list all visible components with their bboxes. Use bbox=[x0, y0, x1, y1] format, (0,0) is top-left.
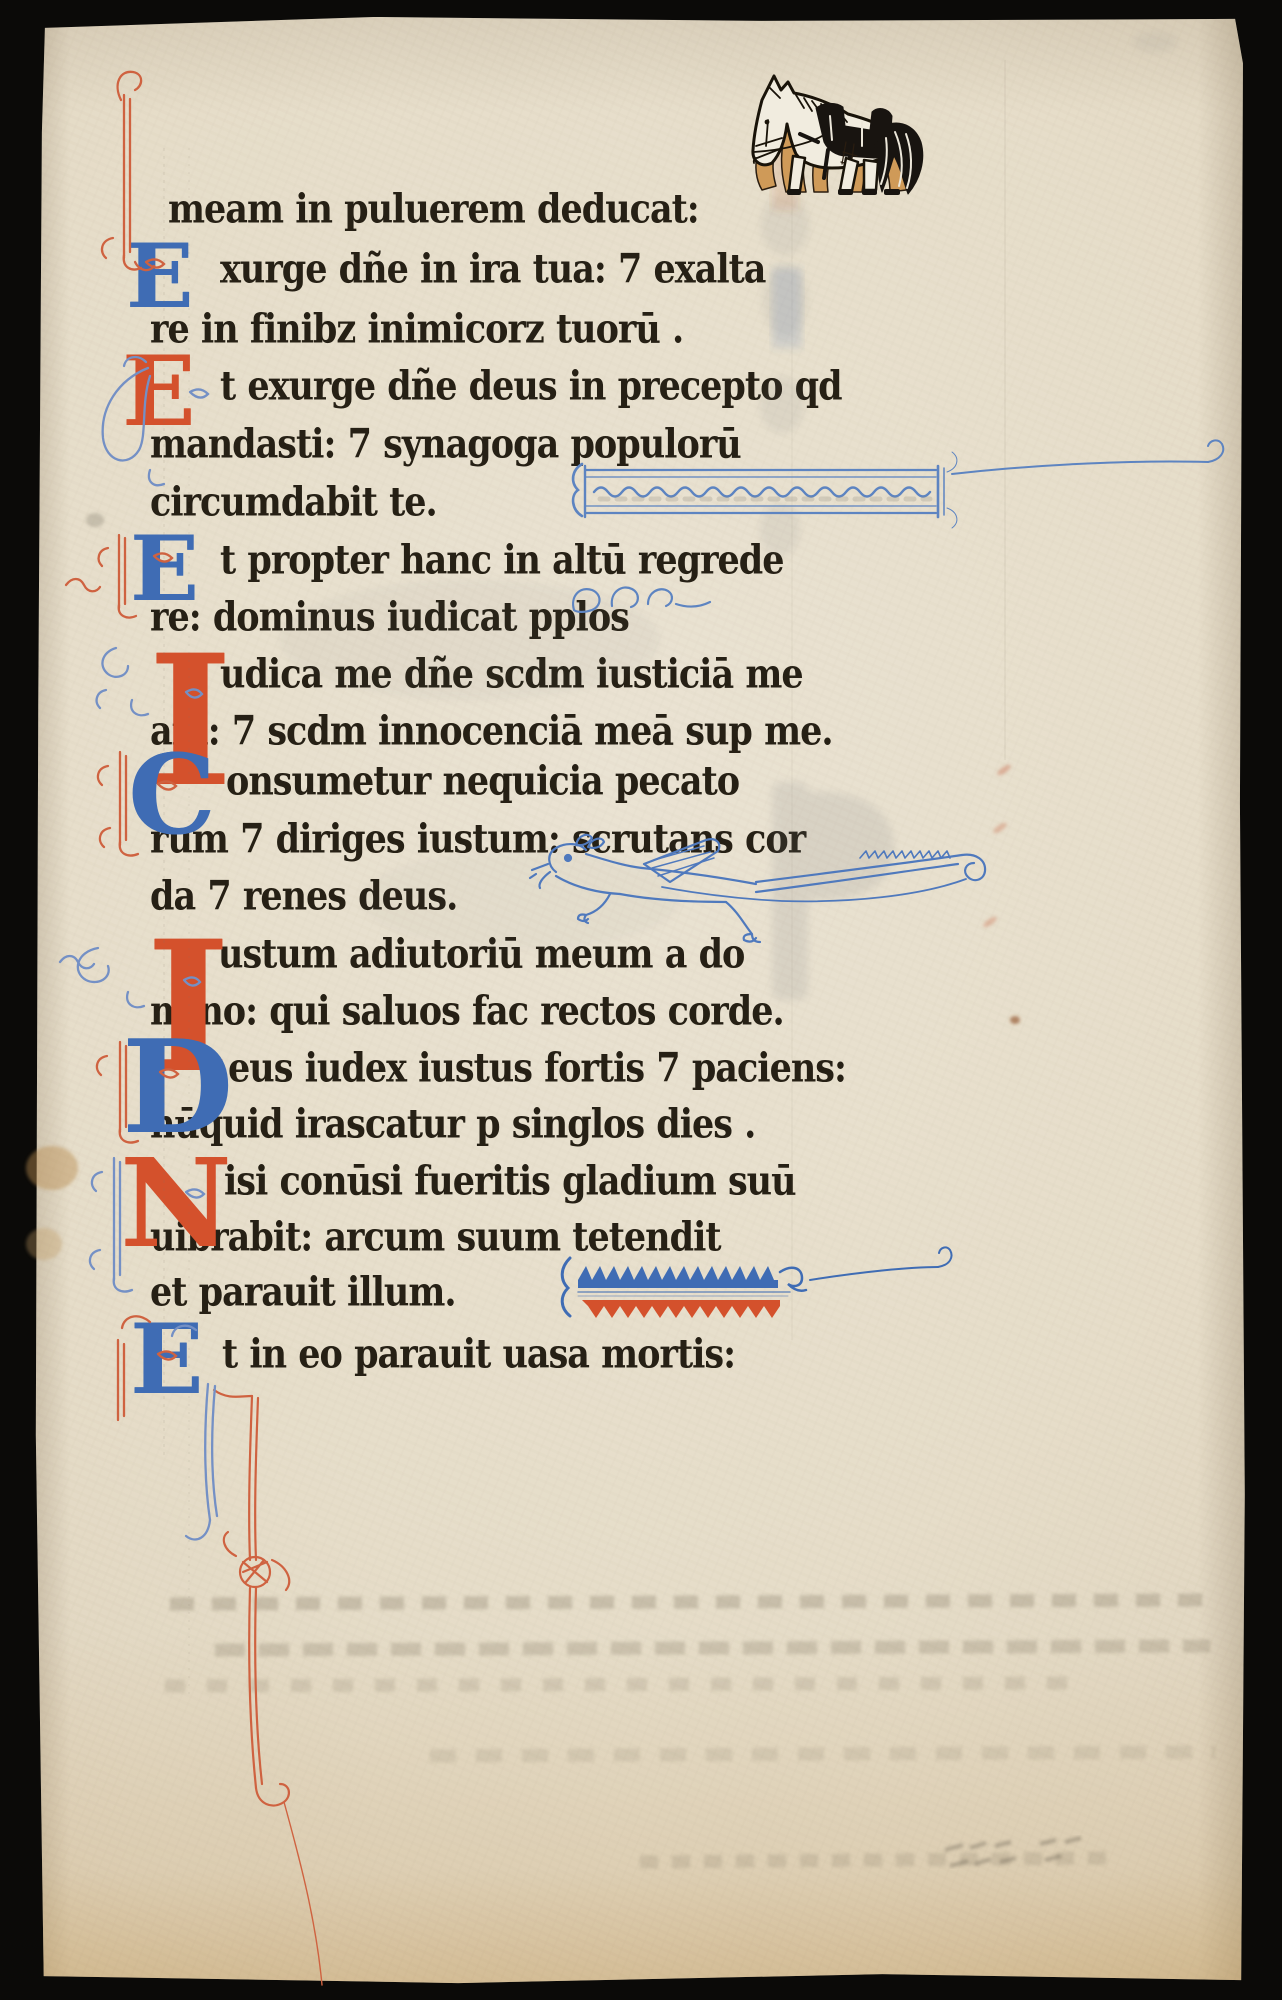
illuminated-initial-N: N bbox=[120, 1142, 232, 1264]
text-line: xurge dñe in ira tua: 7 exalta bbox=[220, 245, 765, 295]
manuscript-photo: meam in puluerem deducat: xurge dñe in i… bbox=[0, 0, 1282, 2000]
text-line: onsumetur nequicia pecato bbox=[226, 757, 739, 807]
text-line: eus iudex iustus fortis 7 paciens: bbox=[228, 1044, 846, 1094]
illuminated-initial-E: E bbox=[130, 524, 199, 614]
illuminated-initial-E: E bbox=[122, 344, 195, 440]
text-line: am: 7 scdm innocenciā meā sup me. bbox=[150, 707, 833, 757]
text-line: mandasti: 7 synagoga populorū bbox=[150, 420, 741, 470]
text-line: udica me dñe scdm iusticiā me bbox=[220, 650, 803, 700]
text-line: isi conūsi fueritis gladium suū bbox=[224, 1157, 796, 1207]
text-line: t propter hanc in altū regrede bbox=[220, 536, 784, 586]
text-line: meam in puluerem deducat: bbox=[168, 185, 699, 235]
text-line: mino: qui saluos fac rectos corde. bbox=[150, 987, 784, 1037]
text-line: rum 7 diriges iustum: scrutans cor bbox=[150, 815, 805, 865]
text-line: t in eo parauit uasa mortis: bbox=[222, 1330, 735, 1380]
text-line: uibrabit: arcum suum tetendit bbox=[150, 1213, 721, 1263]
text-line: nūquid irascatur p singlos dies . bbox=[150, 1100, 755, 1150]
illuminated-initial-E: E bbox=[126, 232, 193, 320]
illuminated-initial-E: E bbox=[130, 1312, 203, 1408]
text-line: ustum adiutoriū meum a do bbox=[218, 930, 744, 980]
text-line: re in finibz inimicorz tuorū . bbox=[150, 305, 683, 355]
illuminated-initial-C: C bbox=[128, 740, 216, 850]
text-line: t exurge dñe deus in precepto qd bbox=[220, 362, 842, 412]
